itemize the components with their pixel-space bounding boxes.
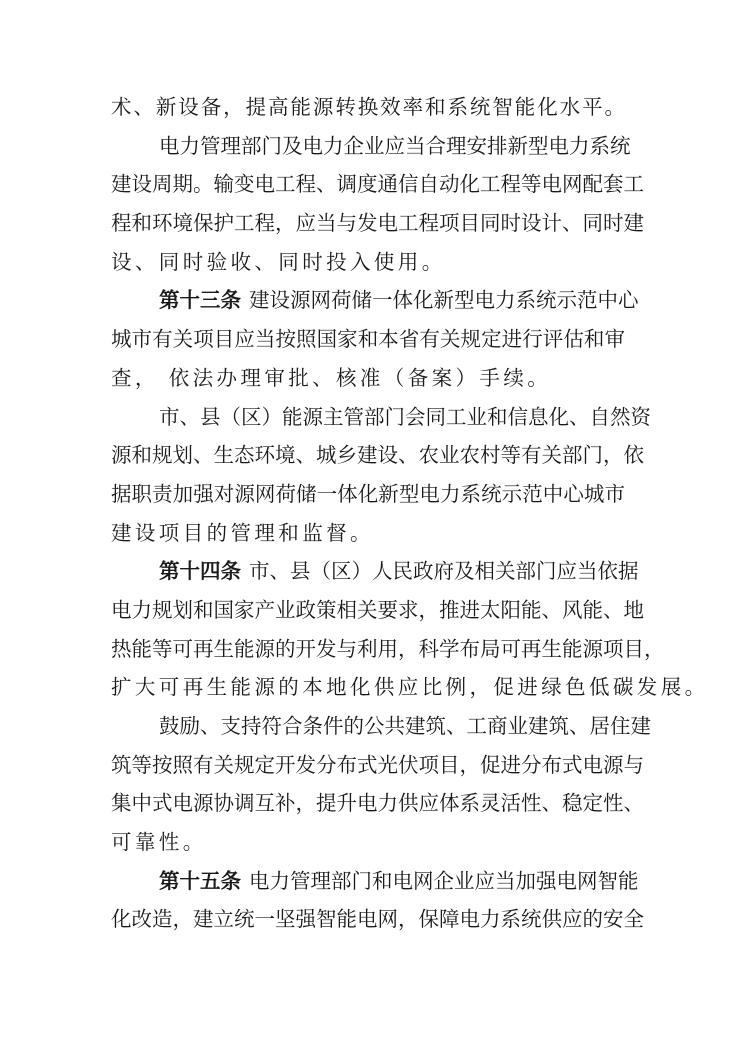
text-line: 建设周期。输变电工程、调度通信自动化工程等电网配套工 (111, 165, 625, 204)
text-line: 建设项目的管理和监督。 (111, 514, 625, 553)
text-line: 术、新设备，提高能源转换效率和系统智能化水平。 (111, 88, 625, 127)
article-15-heading-line: 第十五条电力管理部门和电网企业应当加强电网智能 (111, 862, 625, 901)
text-line: 电力规划和国家产业政策相关要求，推进太阳能、风能、地 (111, 591, 625, 630)
line-text: 集中式电源协调互补，提升电力供应体系灵活性、稳定性、 (111, 791, 644, 815)
line-text: 城市有关项目应当按照国家和本省有关规定进行评估和审 (111, 327, 625, 351)
line-text: 电力规划和国家产业政策相关要求，推进太阳能、风能、地 (111, 598, 644, 622)
article-number: 第十四条 (159, 559, 241, 583)
line-text: 化改造，建立统一坚强智能电网，保障电力系统供应的安全 (111, 907, 644, 931)
line-text: 建设周期。输变电工程、调度通信自动化工程等电网配套工 (111, 172, 644, 196)
line-text: 可靠性。 (111, 830, 207, 854)
article-number: 第十五条 (159, 869, 241, 893)
article-13-heading-line: 第十三条建设源网荷储一体化新型电力系统示范中心 (111, 281, 625, 320)
line-text: 源和规划、生态环境、城乡建设、农业农村等有关部门，依 (111, 443, 644, 467)
line-text: 建设项目的管理和监督。 (111, 521, 374, 545)
text-line: 电力管理部门及电力企业应当合理安排新型电力系统 (111, 127, 625, 166)
text-line: 设、同时验收、同时投入使用。 (111, 243, 625, 282)
line-text: 热能等可再生能源的开发与利用，科学布局可再生能源项目， (111, 637, 665, 661)
document-page: 术、新设备，提高能源转换效率和系统智能化水平。 电力管理部门及电力企业应当合理安… (111, 88, 625, 939)
line-text: 建设源网荷储一体化新型电力系统示范中心 (249, 288, 639, 312)
text-line: 城市有关项目应当按照国家和本省有关规定进行评估和审 (111, 320, 625, 359)
text-line: 化改造，建立统一坚强智能电网，保障电力系统供应的安全 (111, 900, 625, 939)
text-line: 源和规划、生态环境、城乡建设、农业农村等有关部门，依 (111, 436, 625, 475)
line-text: 扩大可再生能源的本地化供应比例，促进绿色低碳发展。 (111, 675, 709, 699)
line-text: 电力管理部门及电力企业应当合理安排新型电力系统 (159, 134, 631, 158)
line-text: 术、新设备，提高能源转换效率和系统智能化水平。 (111, 95, 625, 119)
text-line: 热能等可再生能源的开发与利用，科学布局可再生能源项目， (111, 630, 625, 669)
line-text: 市、县（区）能源主管部门会同工业和信息化、自然资 (159, 405, 651, 429)
line-text: 鼓励、支持符合条件的公共建筑、工商业建筑、居住建 (159, 714, 651, 738)
line-text: 筑等按照有关规定开发分布式光伏项目，促进分布式电源与 (111, 753, 644, 777)
line-text: 查， 依法办理审批、核准（备案）手续。 (111, 366, 551, 390)
line-text: 电力管理部门和电网企业应当加强电网智能 (249, 869, 639, 893)
line-text: 市、县（区）人民政府及相关部门应当依据 (249, 559, 639, 583)
text-line: 程和环境保护工程，应当与发电工程项目同时设计、同时建 (111, 204, 625, 243)
article-14-heading-line: 第十四条市、县（区）人民政府及相关部门应当依据 (111, 552, 625, 591)
text-line: 据职责加强对源网荷储一体化新型电力系统示范中心城市 (111, 475, 625, 514)
text-line: 扩大可再生能源的本地化供应比例，促进绿色低碳发展。 (111, 668, 625, 707)
text-line: 集中式电源协调互补，提升电力供应体系灵活性、稳定性、 (111, 784, 625, 823)
line-text: 程和环境保护工程，应当与发电工程项目同时设计、同时建 (111, 211, 644, 235)
text-line: 市、县（区）能源主管部门会同工业和信息化、自然资 (111, 398, 625, 437)
text-line: 鼓励、支持符合条件的公共建筑、工商业建筑、居住建 (111, 707, 625, 746)
article-number: 第十三条 (159, 288, 241, 312)
text-line: 可靠性。 (111, 823, 625, 862)
line-text: 设、同时验收、同时投入使用。 (111, 250, 446, 274)
line-text: 据职责加强对源网荷储一体化新型电力系统示范中心城市 (111, 482, 625, 506)
text-line: 筑等按照有关规定开发分布式光伏项目，促进分布式电源与 (111, 746, 625, 785)
text-line: 查， 依法办理审批、核准（备案）手续。 (111, 359, 625, 398)
